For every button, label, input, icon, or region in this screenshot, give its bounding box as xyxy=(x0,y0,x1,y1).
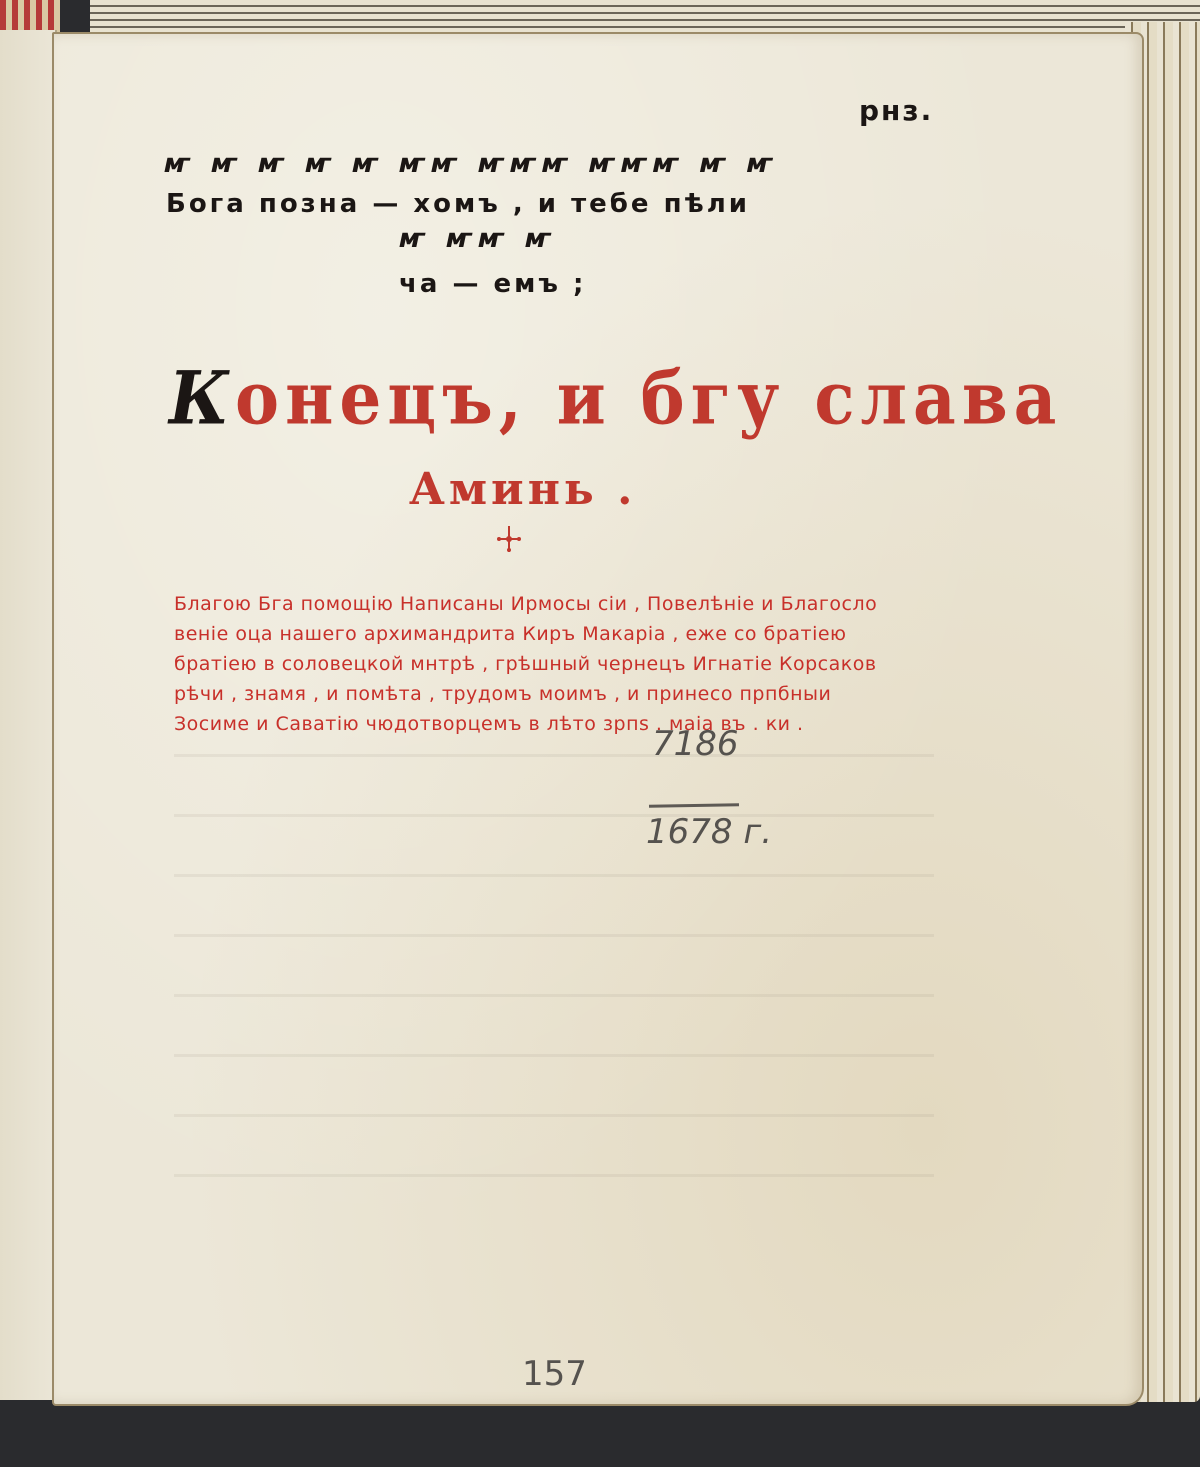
ending-title: Конецъ, и бгу слава xyxy=(169,355,1062,441)
show-through-text xyxy=(174,874,934,877)
pencil-year-ad: 1678 г. xyxy=(646,812,772,852)
show-through-text xyxy=(174,1054,934,1057)
show-through-text xyxy=(174,994,934,997)
colophon-line: братіею в соловецкой мнтрѣ , грѣшный чер… xyxy=(174,649,904,679)
colophon-line: Зосиме и Саватію чюдотворцемъ в лѣто зрп… xyxy=(174,709,904,739)
show-through-text xyxy=(174,1174,934,1177)
scribe-colophon: Благою Бга помощію Написаны Ирмосы сіи ,… xyxy=(174,589,904,739)
pencil-page-number: 157 xyxy=(522,1354,587,1394)
neume-notation-line-1: ꙧ ꙧ ꙧ ꙧ ꙧ ꙧꙧ ꙧꙧꙧ ꙧꙧꙧ ꙧ ꙧ xyxy=(161,149,782,179)
pencil-year-world: 7186 xyxy=(652,724,739,764)
pencil-divider xyxy=(649,803,739,808)
chant-text-line-1: Бога позна — хомъ , и тебе пѣли xyxy=(166,189,750,219)
colophon-line: Благою Бга помощію Написаны Ирмосы сіи ,… xyxy=(174,589,904,619)
title-initial: К xyxy=(169,355,235,441)
amen-text: Аминь . xyxy=(409,464,636,515)
show-through-text xyxy=(174,754,934,757)
neume-notation-line-2: ꙧ ꙧꙧ ꙧ xyxy=(396,224,560,254)
folio-number: рнз. xyxy=(859,94,933,127)
colophon-line: веніе оца нашего архимандрита Киръ Макар… xyxy=(174,619,904,649)
left-page-edge xyxy=(0,30,57,1400)
show-through-text xyxy=(174,1114,934,1117)
manuscript-page: рнз. ꙧ ꙧ ꙧ ꙧ ꙧ ꙧꙧ ꙧꙧꙧ ꙧꙧꙧ ꙧ ꙧ Бога позна… xyxy=(52,32,1144,1406)
cross-ornament-icon xyxy=(494,524,524,554)
colophon-line: рѣчи , знамя , и помѣта , трудомъ моимъ … xyxy=(174,679,904,709)
chant-text-line-2: ча — емъ ; xyxy=(399,269,586,299)
title-text: онецъ, и бгу слава xyxy=(235,355,1062,441)
show-through-text xyxy=(174,814,934,817)
show-through-text xyxy=(174,934,934,937)
